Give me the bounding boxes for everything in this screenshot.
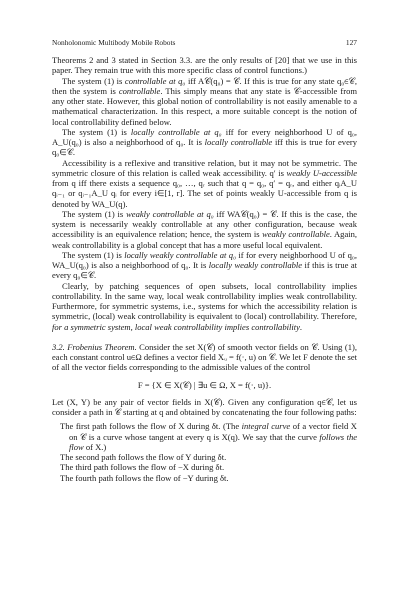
paragraph: Theorems 2 and 3 stated in Section 3.3. … <box>52 55 357 76</box>
paragraph: The system (1) is locally weakly control… <box>52 250 357 281</box>
body-text: Theorems 2 and 3 stated in Section 3.3. … <box>52 55 357 483</box>
section-heading: 3.2. Frobenius Theorem. <box>52 342 137 352</box>
paragraph: Accessibility is a reflexive and transit… <box>52 158 357 209</box>
page-number: 127 <box>346 38 357 47</box>
display-equation: F = {X ∈ X(𝒞) | ∃u ∈ Ω, X = f(·, u)}. <box>52 380 357 390</box>
list-item: The second path follows the flow of Y du… <box>60 452 357 462</box>
list-item: The first path follows the flow of X dur… <box>60 421 357 452</box>
section-gap <box>52 332 357 342</box>
paragraph: The system (1) is controllable at q₀ iff… <box>52 76 357 127</box>
path-list: The first path follows the flow of X dur… <box>52 421 357 483</box>
section-paragraph: 3.2. Frobenius Theorem. Consider the set… <box>52 342 357 373</box>
list-item: The fourth path follows the flow of −Y d… <box>60 473 357 483</box>
paragraph: Let (X, Y) be any pair of vector fields … <box>52 397 357 418</box>
paragraph: The system (1) is weakly controllable at… <box>52 209 357 250</box>
paragraph: Clearly, by patching sequences of open s… <box>52 281 357 332</box>
list-item: The third path follows the flow of −X du… <box>60 462 357 472</box>
running-header: Nonholonomic Multibody Mobile Robots 127 <box>52 38 357 47</box>
running-title: Nonholonomic Multibody Mobile Robots <box>52 38 175 47</box>
paragraph: The system (1) is locally controllable a… <box>52 127 357 158</box>
